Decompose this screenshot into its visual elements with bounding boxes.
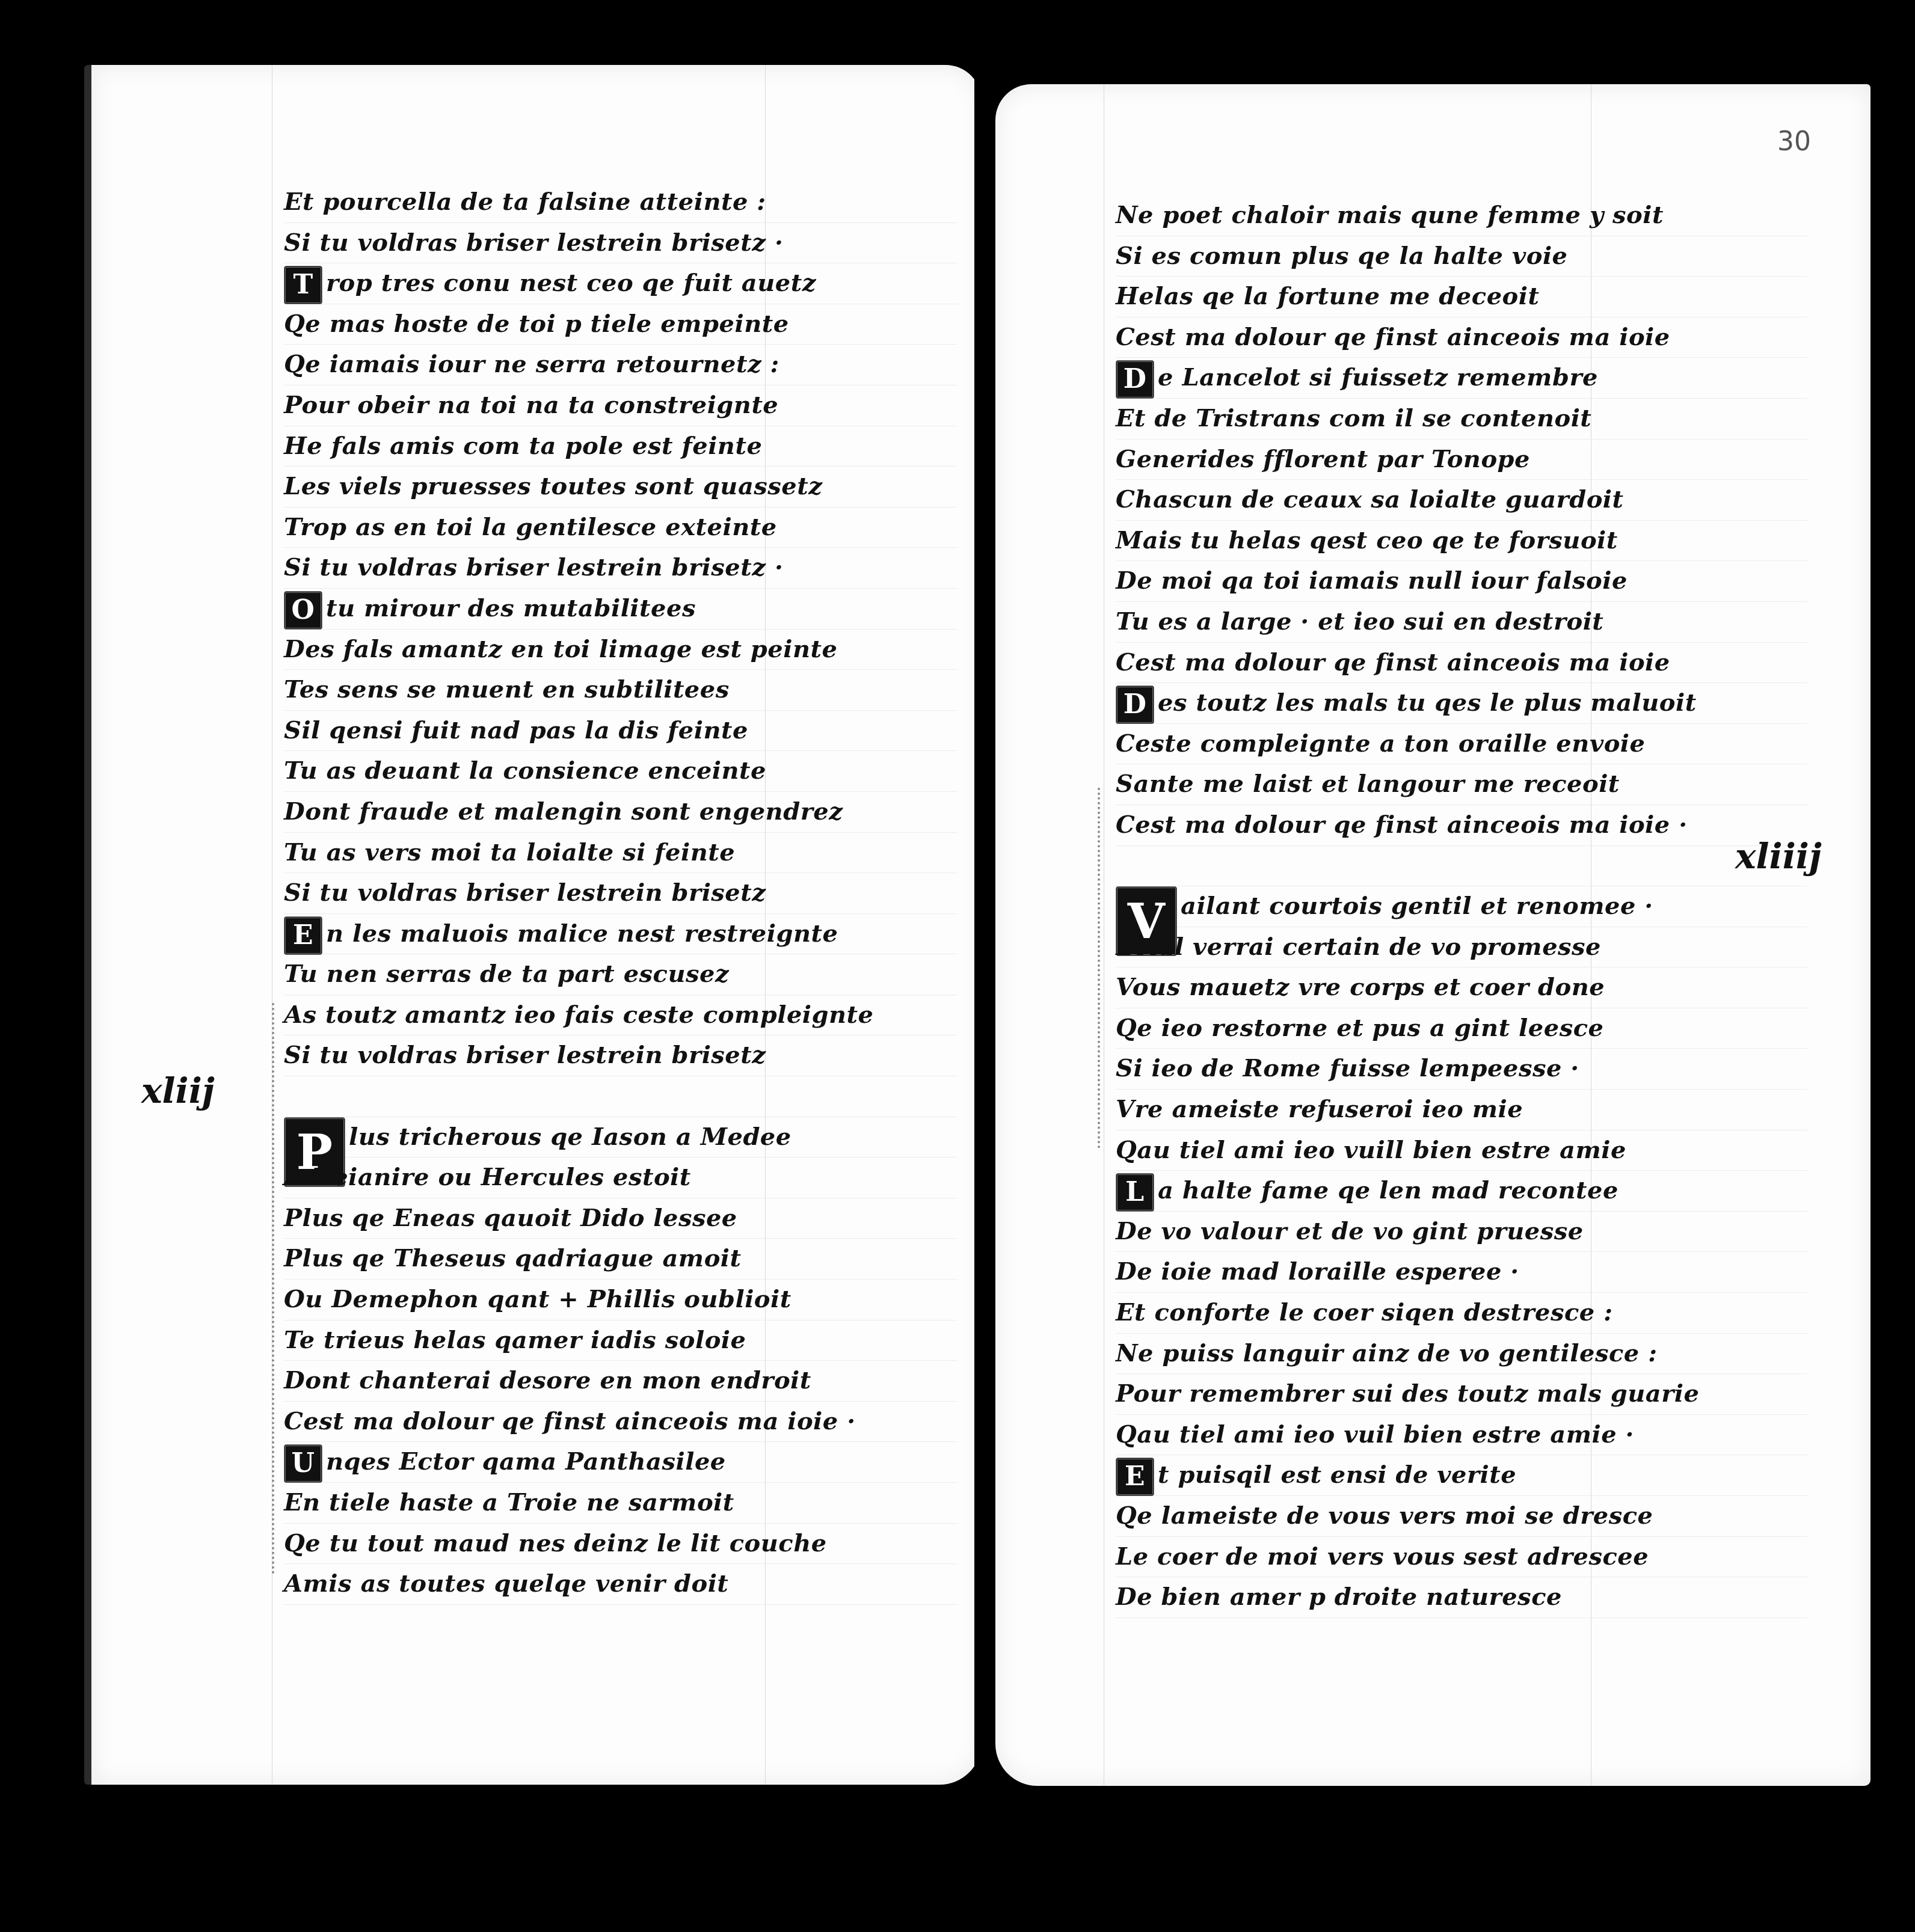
verse-line: Mais tu helas qest ceo qe te forsuoit — [1116, 521, 1807, 562]
verse-line: Qau tiel ami ieo vuill bien estre amie — [1116, 1130, 1807, 1171]
verse-line — [1116, 846, 1807, 887]
verse-line: Qe mas hoste de toi p tiele empeinte — [284, 304, 957, 345]
verse-text: Generides fflorent par Tonope — [1116, 445, 1530, 473]
verse-line: Cest ma dolour qe finst ainceois ma ioie… — [1116, 805, 1807, 846]
verse-text: e Lancelot si fuissetz remembre — [1158, 363, 1598, 391]
verse-text: Tu es a large · et ieo sui en destroit — [1116, 607, 1603, 636]
verse-line: Ou Demephon qant + Phillis oublioit — [284, 1280, 957, 1320]
verse-text: Qe iamais iour ne serra retournetz : — [284, 350, 779, 378]
verse-text: Amis as toutes quelqe venir doit — [284, 1569, 728, 1598]
verse-text: Pour remembrer sui des toutz mals guarie — [1116, 1379, 1699, 1408]
verse-text: Sante me laist et langour me receoit — [1116, 770, 1620, 798]
verse-line: Sante me laist et langour me receoit — [1116, 764, 1807, 805]
verse-text: Qe mas hoste de toi p tiele empeinte — [284, 310, 789, 338]
verse-text: Des fals amantz en toi limage est peinte — [284, 635, 837, 663]
left-margin-note: xliij — [141, 1070, 215, 1111]
left-page-text-block: Et pourcella de ta falsine atteinte :Si … — [284, 182, 957, 1605]
verse-line: Loial verrai certain de vo promesse — [1116, 927, 1807, 968]
verse-line: Tu as deuant la consience enceinte — [284, 751, 957, 792]
verse-line: Trop tres conu nest ceo qe fuit auetz — [284, 263, 957, 304]
verse-line: Ne poet chaloir mais qune femme y soit — [1116, 195, 1807, 236]
decorated-initial: U — [284, 1444, 322, 1483]
verse-text: Qe lameiste de vous vers moi se dresce — [1116, 1501, 1653, 1530]
verse-line: Ceste compleignte a ton oraille envoie — [1116, 724, 1807, 765]
verse-text: A Deianire ou Hercules estoit — [284, 1163, 691, 1191]
verse-text: Si tu voldras briser lestrein brisetz — [284, 879, 766, 907]
verse-text: Si tu voldras briser lestrein brisetz · — [284, 553, 783, 581]
verse-text: tu mirour des mutabilitees — [326, 594, 696, 622]
decorated-initial: E — [1116, 1458, 1154, 1496]
verse-text: Et de Tristrans com il se contenoit — [1116, 404, 1591, 432]
verse-line: Vre ameiste refuseroi ieo mie — [1116, 1090, 1807, 1130]
verse-text: Si tu voldras briser lestrein brisetz · — [284, 228, 783, 257]
verse-text: Les viels pruesses toutes sont quassetz — [284, 472, 823, 500]
verse-text: Ne poet chaloir mais qune femme y soit — [1116, 201, 1664, 229]
verse-text: Helas qe la fortune me deceoit — [1116, 282, 1539, 310]
verse-text: Plus qe Eneas qauoit Dido lessee — [284, 1204, 737, 1232]
verse-line: Vailant courtois gentil et renomee · — [1116, 886, 1807, 927]
verse-line: En tiele haste a Troie ne sarmoit — [284, 1483, 957, 1524]
verse-text: Et pourcella de ta falsine atteinte : — [284, 188, 766, 216]
verse-text: Cest ma dolour qe finst ainceois ma ioie… — [284, 1407, 856, 1435]
verse-line: Plus qe Theseus qadriague amoit — [284, 1239, 957, 1280]
verse-text: Si tu voldras briser lestrein brisetz — [284, 1041, 766, 1069]
verse-line: Otu mirour des mutabilitees — [284, 589, 957, 630]
decorated-initial: D — [1116, 685, 1154, 724]
verse-text: Dont fraude et malengin sont engendrez — [284, 797, 843, 826]
verse-line: Le coer de moi vers vous sest adrescee — [1116, 1537, 1807, 1578]
verse-text: Et conforte le coer siqen destresce : — [1116, 1298, 1612, 1326]
verse-line: Si es comun plus qe la halte voie — [1116, 236, 1807, 277]
verse-line: Tu nen serras de ta part escusez — [284, 954, 957, 995]
verse-line: Si tu voldras briser lestrein brisetz — [284, 873, 957, 914]
verse-line: De moi qa toi iamais null iour falsoie — [1116, 561, 1807, 602]
verse-line: Pour obeir na toi na ta constreignte — [284, 385, 957, 426]
verse-text: Qau tiel ami ieo vuil bien estre amie · — [1116, 1420, 1634, 1449]
verse-line: Trop as en toi la gentilesce exteinte — [284, 508, 957, 548]
verse-line: Qe iamais iour ne serra retournetz : — [284, 345, 957, 385]
right-margin-note: xliiij — [1735, 836, 1822, 877]
verse-line: Dont chanterai desore en mon endroit — [284, 1361, 957, 1402]
verse-text: Qau tiel ami ieo vuill bien estre amie — [1116, 1136, 1626, 1164]
verse-text: Si ieo de Rome fuisse lempeesse · — [1116, 1054, 1579, 1082]
verse-line: Plus tricherous qe Iason a Medee — [284, 1117, 957, 1158]
verse-line: Cest ma dolour qe finst ainceois ma ioie — [1116, 643, 1807, 684]
verse-line: Et puisqil est ensi de verite — [1116, 1455, 1807, 1496]
verse-text: Si es comun plus qe la halte voie — [1116, 242, 1568, 270]
verse-text: ailant courtois gentil et renomee · — [1181, 892, 1653, 920]
pen-flourish-decoration — [272, 1003, 280, 1574]
verse-line: As toutz amantz ieo fais ceste compleign… — [284, 995, 957, 1036]
verse-text: Tes sens se muent en subtilitees — [284, 675, 730, 704]
pen-flourish-decoration — [1098, 788, 1106, 1148]
verse-line: Pour remembrer sui des toutz mals guarie — [1116, 1374, 1807, 1415]
verse-text: Mais tu helas qest ceo qe te forsuoit — [1116, 526, 1618, 554]
verse-text: Trop as en toi la gentilesce exteinte — [284, 513, 777, 541]
verse-line: Qe ieo restorne et pus a gint leesce — [1116, 1008, 1807, 1049]
verse-text: es toutz les mals tu qes le plus maluoit — [1158, 688, 1697, 717]
verse-line: Des fals amantz en toi limage est peinte — [284, 630, 957, 670]
verse-text: De vo valour et de vo gint pruesse — [1116, 1217, 1584, 1245]
verse-line: Qe tu tout maud nes deinz le lit couche — [284, 1524, 957, 1565]
verse-line: A Deianire ou Hercules estoit — [284, 1158, 957, 1198]
verse-text: Qe tu tout maud nes deinz le lit couche — [284, 1529, 827, 1557]
verse-line: Tu as vers moi ta loialte si feinte — [284, 833, 957, 874]
verse-line: Ne puiss languir ainz de vo gentilesce : — [1116, 1334, 1807, 1375]
decorated-initial: O — [284, 591, 322, 630]
verse-text: Ne puiss languir ainz de vo gentilesce : — [1116, 1339, 1657, 1367]
verse-line: La halte fame qe len mad recontee — [1116, 1171, 1807, 1212]
verse-text: Cest ma dolour qe finst ainceois ma ioie — [1116, 648, 1670, 676]
verse-line: Si tu voldras briser lestrein brisetz · — [284, 548, 957, 589]
verse-text: lus tricherous qe Iason a Medee — [349, 1123, 792, 1151]
verse-line: He fals amis com ta pole est feinte — [284, 426, 957, 467]
verse-line: Des toutz les mals tu qes le plus maluoi… — [1116, 683, 1807, 724]
verse-line: Et de Tristrans com il se contenoit — [1116, 399, 1807, 440]
verse-text: Ceste compleignte a ton oraille envoie — [1116, 729, 1645, 758]
verse-text: Vous mauetz vre corps et coer done — [1116, 973, 1605, 1001]
verse-line: De vo valour et de vo gint pruesse — [1116, 1212, 1807, 1253]
verse-text: Te trieus helas qamer iadis soloie — [284, 1326, 746, 1354]
verse-line: Tu es a large · et ieo sui en destroit — [1116, 602, 1807, 643]
decorated-initial: L — [1116, 1173, 1154, 1212]
verse-text: Cest ma dolour qe finst ainceois ma ioie… — [1116, 811, 1688, 839]
verse-text: t puisqil est ensi de verite — [1158, 1461, 1516, 1489]
verse-line: Et pourcella de ta falsine atteinte : — [284, 182, 957, 223]
verse-line: Si ieo de Rome fuisse lempeesse · — [1116, 1049, 1807, 1090]
verse-line: Unqes Ector qama Panthasilee — [284, 1442, 957, 1483]
verse-text: Loial verrai certain de vo promesse — [1116, 933, 1601, 961]
verse-text: Dont chanterai desore en mon endroit — [284, 1366, 811, 1394]
verse-text: De bien amer p droite naturesce — [1116, 1583, 1562, 1611]
verse-line: Te trieus helas qamer iadis soloie — [284, 1320, 957, 1361]
verse-text: rop tres conu nest ceo qe fuit auetz — [326, 269, 816, 297]
verse-line: Si tu voldras briser lestrein brisetz · — [284, 223, 957, 264]
verse-line: En les maluois malice nest restreignte — [284, 914, 957, 955]
verse-text: Vre ameiste refuseroi ieo mie — [1116, 1095, 1523, 1123]
verse-text: Tu nen serras de ta part escusez — [284, 960, 729, 988]
verse-line: Cest ma dolour qe finst ainceois ma ioie… — [284, 1402, 957, 1443]
verse-text: nqes Ector qama Panthasilee — [326, 1447, 726, 1476]
verse-line: Dont fraude et malengin sont engendrez — [284, 792, 957, 833]
verse-line: Si tu voldras briser lestrein brisetz — [284, 1035, 957, 1076]
verse-line: De Lancelot si fuissetz remembre — [1116, 358, 1807, 399]
verse-line: De ioie mad loraille esperee · — [1116, 1252, 1807, 1293]
folio-number: 30 — [1777, 126, 1811, 157]
verse-text: Tu as vers moi ta loialte si feinte — [284, 838, 735, 866]
right-page: Ne poet chaloir mais qune femme y soitSi… — [995, 84, 1870, 1786]
book-gutter — [974, 72, 995, 1804]
decorated-initial: D — [1116, 360, 1154, 399]
verse-text: As toutz amantz ieo fais ceste compleign… — [284, 1001, 874, 1029]
verse-line: Et conforte le coer siqen destresce : — [1116, 1293, 1807, 1334]
verse-text: De ioie mad loraille esperee · — [1116, 1257, 1519, 1286]
verse-text: Tu as deuant la consience enceinte — [284, 756, 766, 785]
verse-text: Sil qensi fuit nad pas la dis feinte — [284, 716, 748, 744]
verse-line: Qau tiel ami ieo vuil bien estre amie · — [1116, 1415, 1807, 1456]
verse-line: Les viels pruesses toutes sont quassetz — [284, 467, 957, 508]
verse-text: He fals amis com ta pole est feinte — [284, 432, 762, 460]
verse-text: n les maluois malice nest restreignte — [326, 919, 838, 948]
verse-line: Chascun de ceaux sa loialte guardoit — [1116, 480, 1807, 521]
verse-line: Qe lameiste de vous vers moi se dresce — [1116, 1496, 1807, 1537]
verse-line: Sil qensi fuit nad pas la dis feinte — [284, 711, 957, 752]
verse-text: En tiele haste a Troie ne sarmoit — [284, 1488, 734, 1516]
verse-text: Pour obeir na toi na ta constreignte — [284, 391, 778, 419]
verse-line: Generides fflorent par Tonope — [1116, 440, 1807, 480]
verse-line: De bien amer p droite naturesce — [1116, 1577, 1807, 1618]
left-page: Et pourcella de ta falsine atteinte :Si … — [84, 65, 982, 1785]
verse-line: Helas qe la fortune me deceoit — [1116, 277, 1807, 317]
verse-text: Cest ma dolour qe finst ainceois ma ioie — [1116, 323, 1670, 351]
verse-line: Cest ma dolour qe finst ainceois ma ioie — [1116, 317, 1807, 358]
verse-text: Le coer de moi vers vous sest adrescee — [1116, 1542, 1649, 1571]
decorated-initial: E — [284, 916, 322, 955]
verse-text: Chascun de ceaux sa loialte guardoit — [1116, 485, 1623, 514]
verse-line: Tes sens se muent en subtilitees — [284, 670, 957, 711]
verse-text: a halte fame qe len mad recontee — [1158, 1176, 1618, 1204]
right-page-text-block: Ne poet chaloir mais qune femme y soitSi… — [1116, 195, 1807, 1618]
verse-text: Plus qe Theseus qadriague amoit — [284, 1244, 742, 1272]
decorated-initial: T — [284, 266, 322, 304]
verse-line: Amis as toutes quelqe venir doit — [284, 1564, 957, 1605]
verse-line: Vous mauetz vre corps et coer done — [1116, 968, 1807, 1008]
verse-text: De moi qa toi iamais null iour falsoie — [1116, 566, 1628, 595]
verse-line: Plus qe Eneas qauoit Dido lessee — [284, 1198, 957, 1239]
verse-text: Ou Demephon qant + Phillis oublioit — [284, 1285, 792, 1313]
verse-line — [284, 1076, 957, 1117]
verse-text: Qe ieo restorne et pus a gint leesce — [1116, 1014, 1603, 1042]
